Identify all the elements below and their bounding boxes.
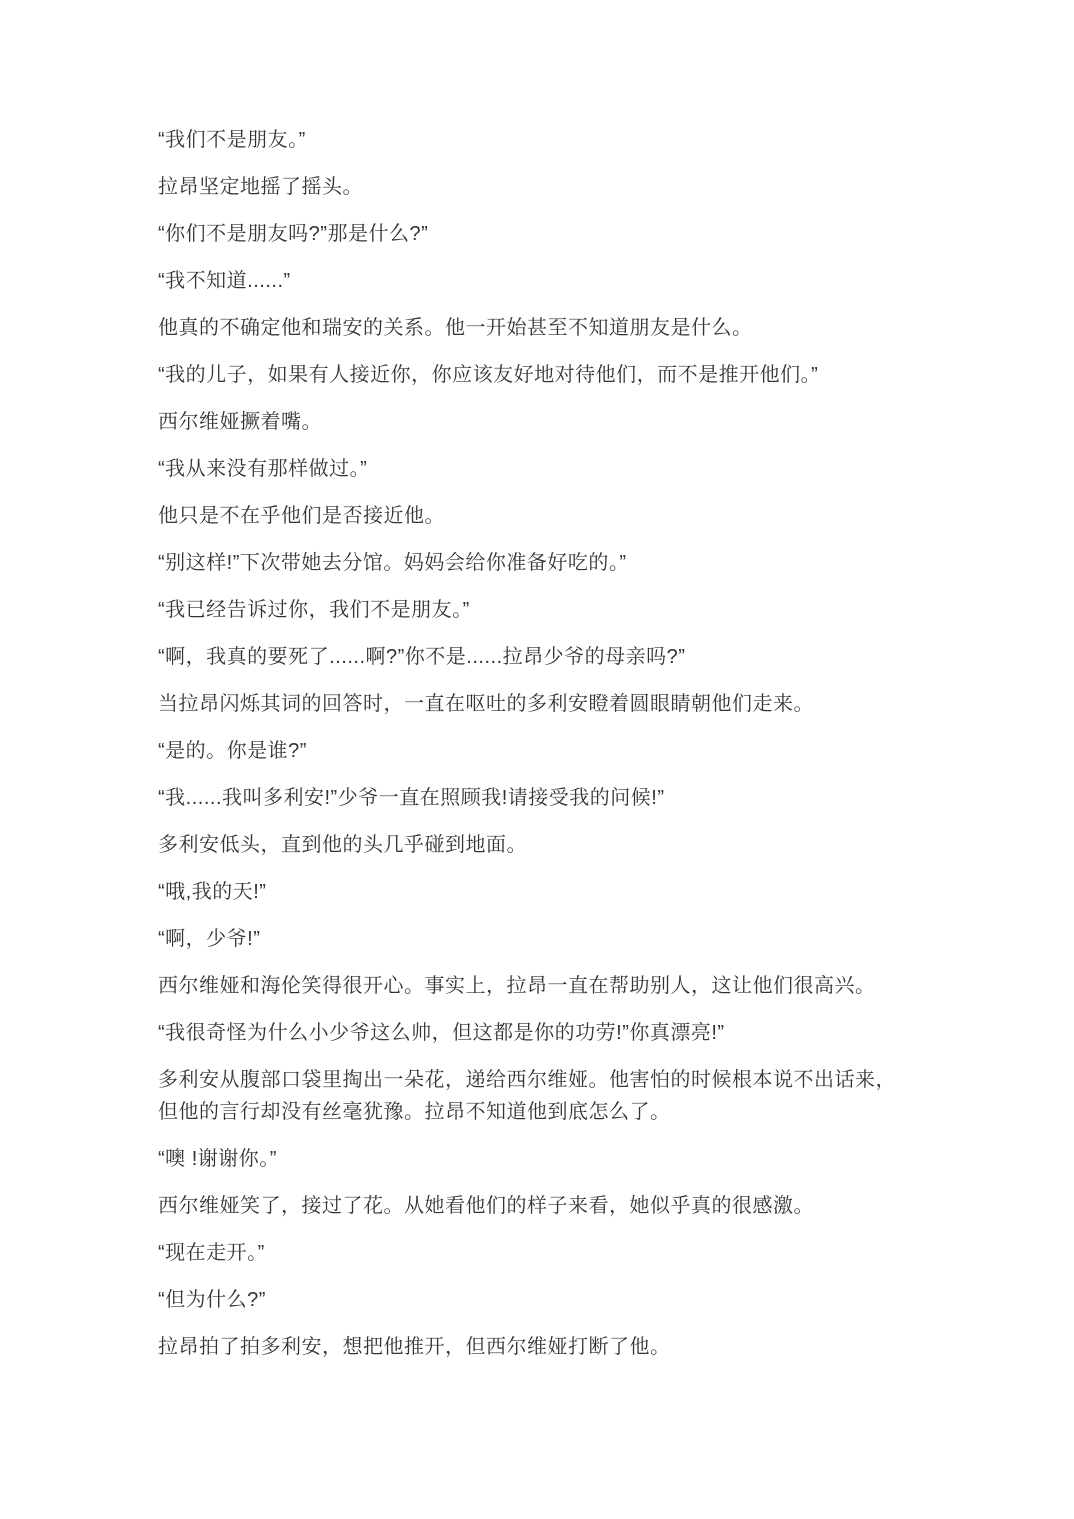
paragraph: “我......我叫多利安!”少爷一直在照顾我!请接受我的问候!”: [158, 782, 916, 814]
paragraph: 多利安低头，直到他的头几乎碰到地面。: [158, 829, 916, 861]
paragraph: “别这样!”下次带她去分馆。妈妈会给你准备好吃的。”: [158, 547, 916, 579]
document-body: “我们不是朋友。”拉昂坚定地摇了摇头。“你们不是朋友吗?”那是什么?”“我不知道…: [158, 124, 916, 1363]
paragraph: 拉昂坚定地摇了摇头。: [158, 171, 916, 203]
paragraph: “我很奇怪为什么小少爷这么帅，但这都是你的功劳!”你真漂亮!”: [158, 1017, 916, 1049]
paragraph: “啊，我真的要死了......啊?”你不是......拉昂少爷的母亲吗?”: [158, 641, 916, 673]
paragraph: “是的。你是谁?”: [158, 735, 916, 767]
paragraph: “我们不是朋友。”: [158, 124, 916, 156]
paragraph: “我从来没有那样做过。”: [158, 453, 916, 485]
paragraph: 拉昂拍了拍多利安，想把他推开，但西尔维娅打断了他。: [158, 1331, 916, 1363]
paragraph: “我已经告诉过你，我们不是朋友。”: [158, 594, 916, 626]
paragraph: 当拉昂闪烁其词的回答时，一直在呕吐的多利安瞪着圆眼睛朝他们走来。: [158, 688, 916, 720]
paragraph: “现在走开。”: [158, 1237, 916, 1269]
paragraph: “我不知道......”: [158, 265, 916, 297]
paragraph: 他真的不确定他和瑞安的关系。他一开始甚至不知道朋友是什么。: [158, 312, 916, 344]
paragraph: 西尔维娅和海伦笑得很开心。事实上，拉昂一直在帮助别人，这让他们很高兴。: [158, 970, 916, 1002]
paragraph: “但为什么?”: [158, 1284, 916, 1316]
paragraph: 多利安从腹部口袋里掏出一朵花，递给西尔维娅。他害怕的时候根本说不出话来，但他的言…: [158, 1064, 916, 1128]
paragraph: “我的儿子，如果有人接近你，你应该友好地对待他们，而不是推开他们。”: [158, 359, 916, 391]
paragraph: 西尔维娅笑了，接过了花。从她看他们的样子来看，她似乎真的很感激。: [158, 1190, 916, 1222]
paragraph: “你们不是朋友吗?”那是什么?”: [158, 218, 916, 250]
paragraph: “啊，少爷!”: [158, 923, 916, 955]
paragraph: “哦,我的天!”: [158, 876, 916, 908]
document-page: “我们不是朋友。”拉昂坚定地摇了摇头。“你们不是朋友吗?”那是什么?”“我不知道…: [0, 0, 1074, 1519]
paragraph: “噢 !谢谢你。”: [158, 1143, 916, 1175]
paragraph: 他只是不在乎他们是否接近他。: [158, 500, 916, 532]
paragraph: 西尔维娅撅着嘴。: [158, 406, 916, 438]
